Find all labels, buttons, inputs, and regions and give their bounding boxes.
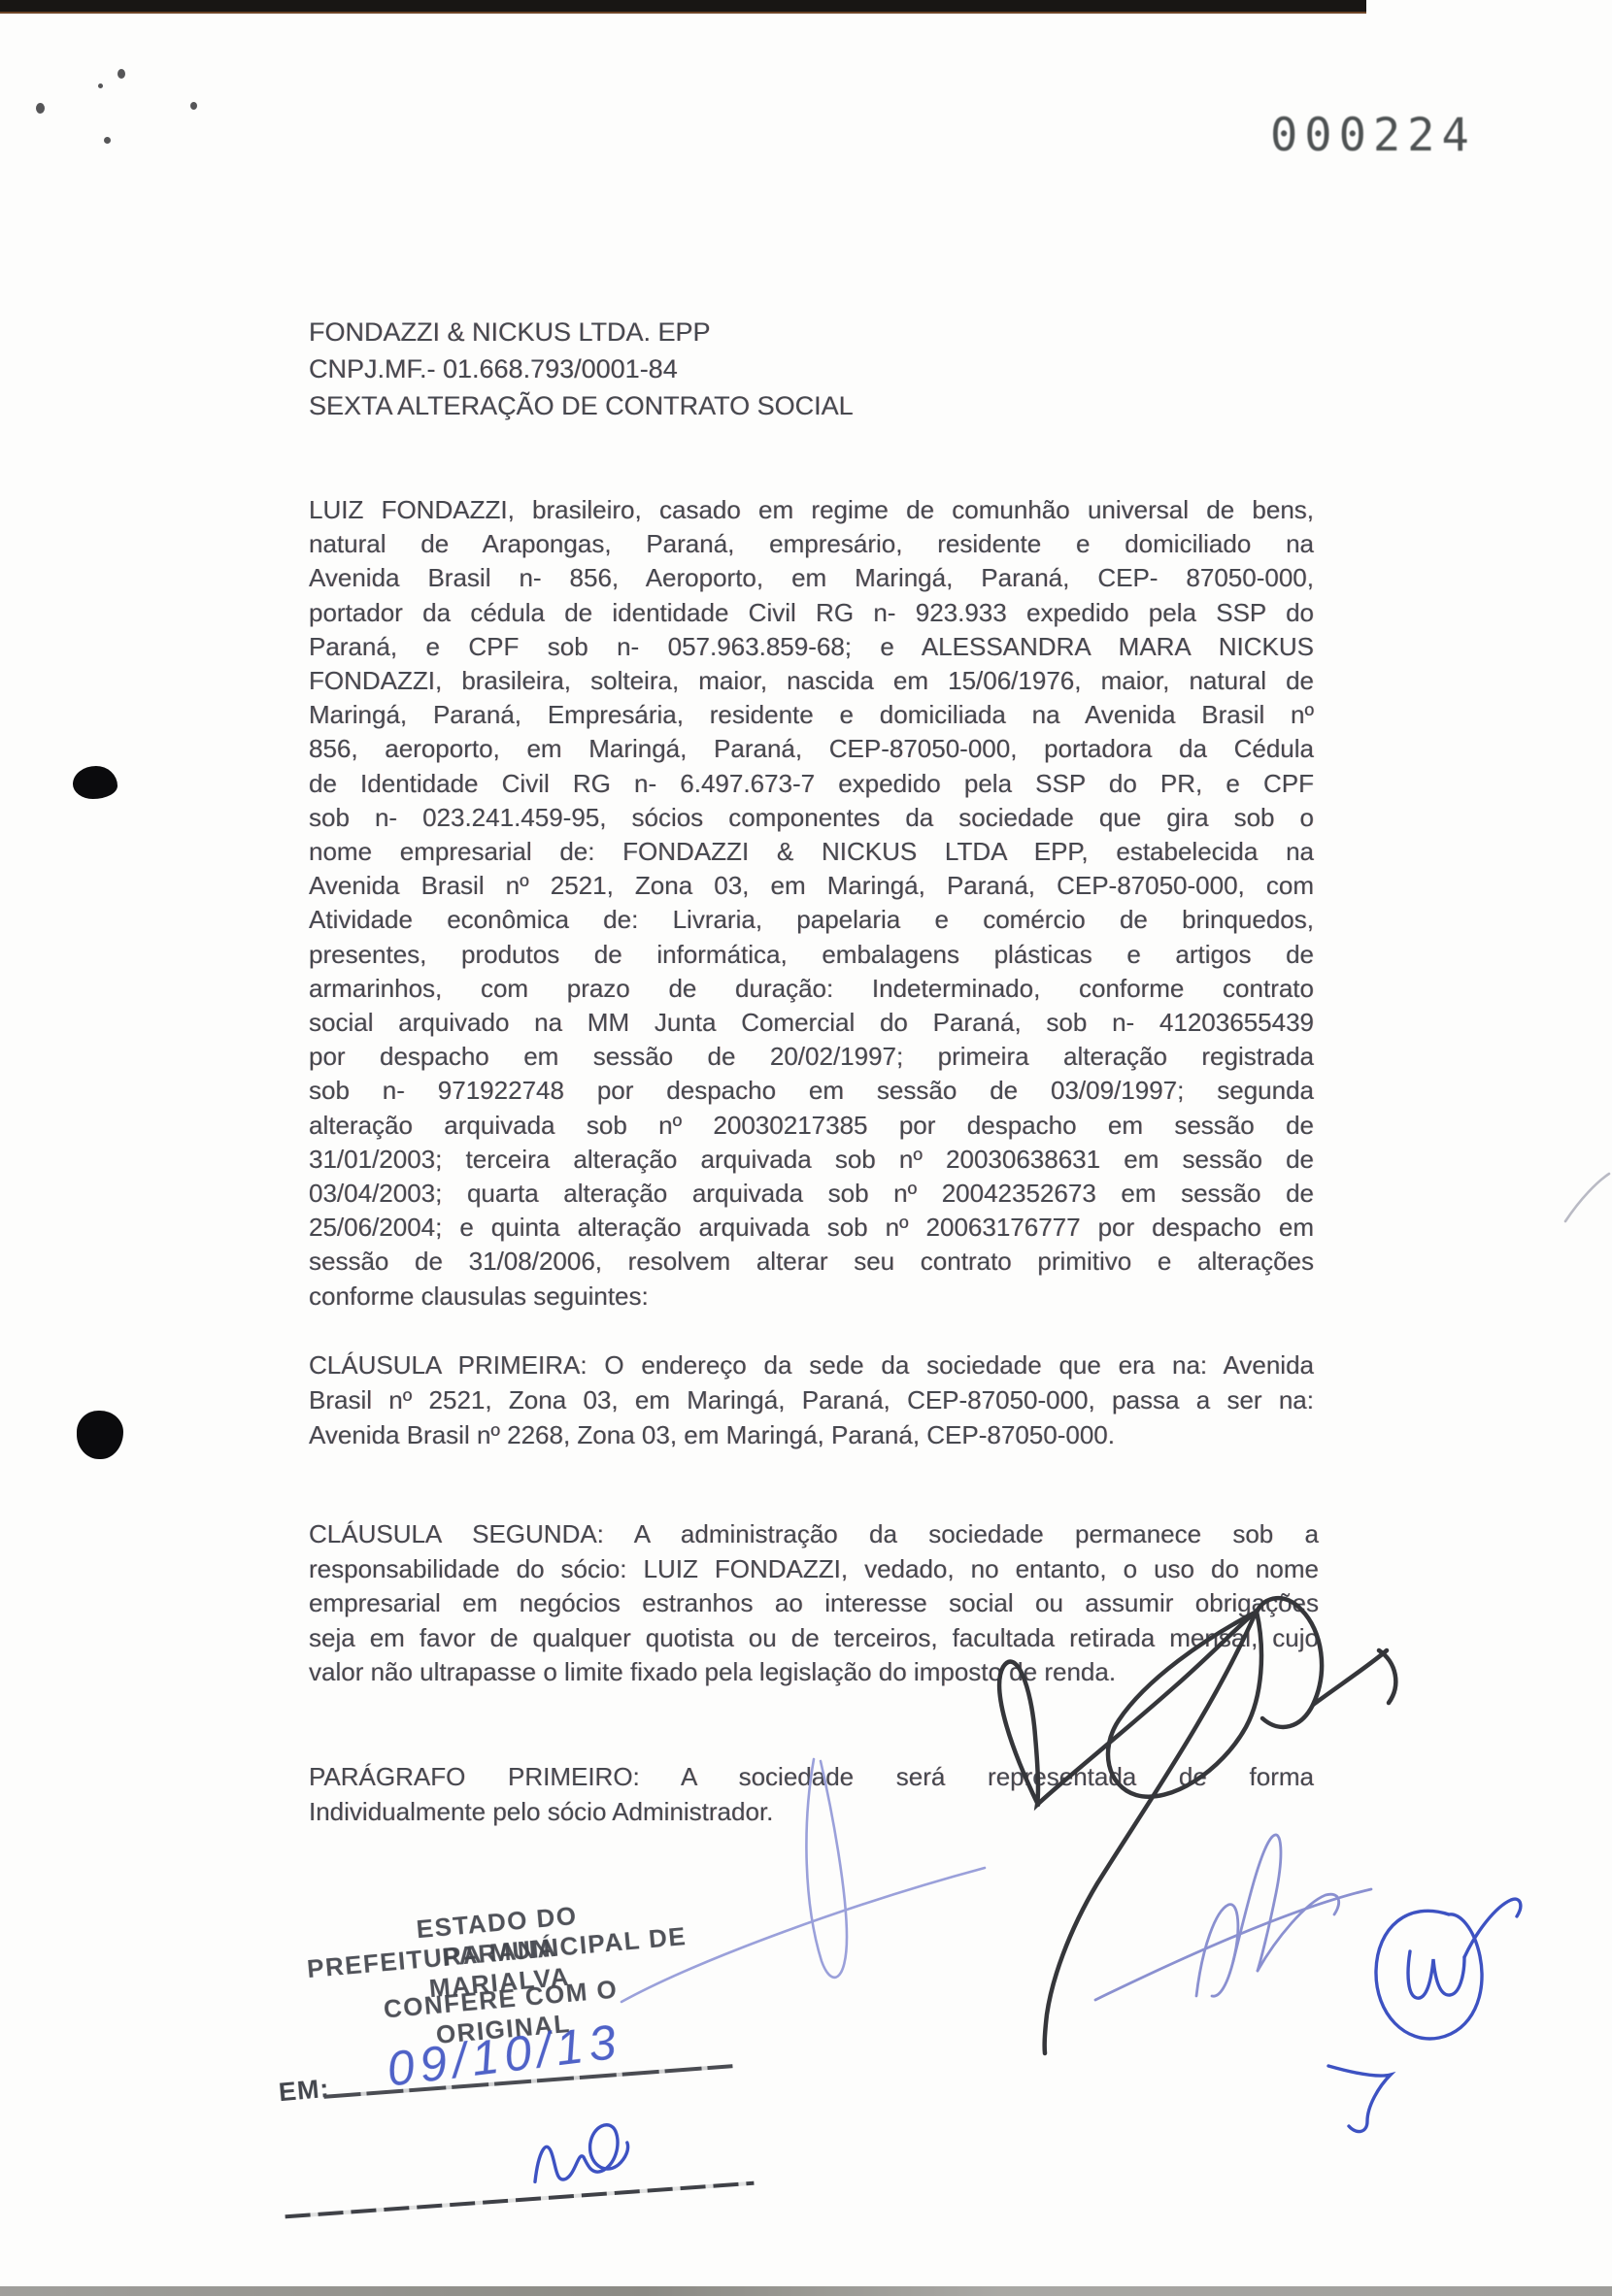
scan-edge-bottom [0, 2286, 1612, 2296]
blue-signature-right [1328, 1899, 1521, 2131]
scanned-contract-page: 000224 FONDAZZI & NICKUS LTDA. EPP CNPJ.… [0, 0, 1612, 2296]
blue-signature-center [1095, 1835, 1371, 2000]
stray-pen-mark-right [1565, 1174, 1609, 1221]
blue-signature-left [621, 1759, 985, 2002]
signatures-overlay [0, 0, 1612, 2296]
